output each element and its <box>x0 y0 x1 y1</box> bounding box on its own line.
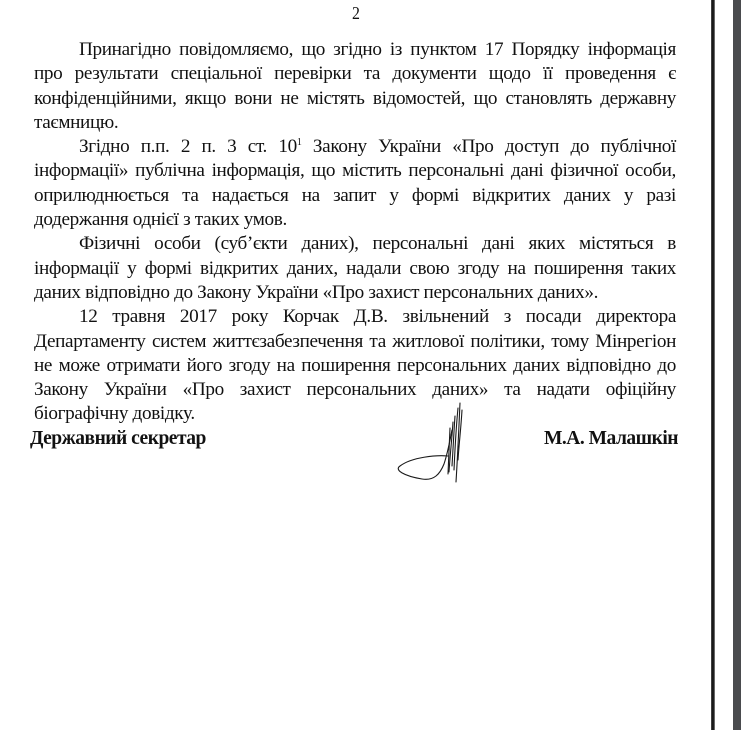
paragraph-text-before: Згідно п.п. 2 п. 3 ст. 10 <box>79 136 297 157</box>
page-number: 2 <box>43 1 670 25</box>
paragraph-confidentiality: Принагідно повідомляємо, що згідно із пу… <box>34 38 676 135</box>
scan-background-strip <box>733 0 741 730</box>
scan-edge-gap <box>715 0 733 730</box>
paragraph-public-information: Згідно п.п. 2 п. 3 ст. 101 Закону Україн… <box>34 135 676 232</box>
paragraph-dismissal: 12 травня 2017 року Корчак Д.В. звільнен… <box>34 305 676 426</box>
signatory-title: Державний секретар <box>30 428 206 450</box>
document-body: Принагідно повідомляємо, що згідно із пу… <box>34 38 676 427</box>
signatory-name: М.А. Малашкін <box>544 428 678 450</box>
paragraph-consent: Фізичні особи (суб’єкти даних), персонал… <box>34 232 676 305</box>
handwritten-signature-icon <box>392 400 472 485</box>
document-page: 2 Принагідно повідомляємо, що згідно із … <box>0 0 712 730</box>
signature-block: Державний секретар М.А. Малашкін <box>30 428 678 458</box>
